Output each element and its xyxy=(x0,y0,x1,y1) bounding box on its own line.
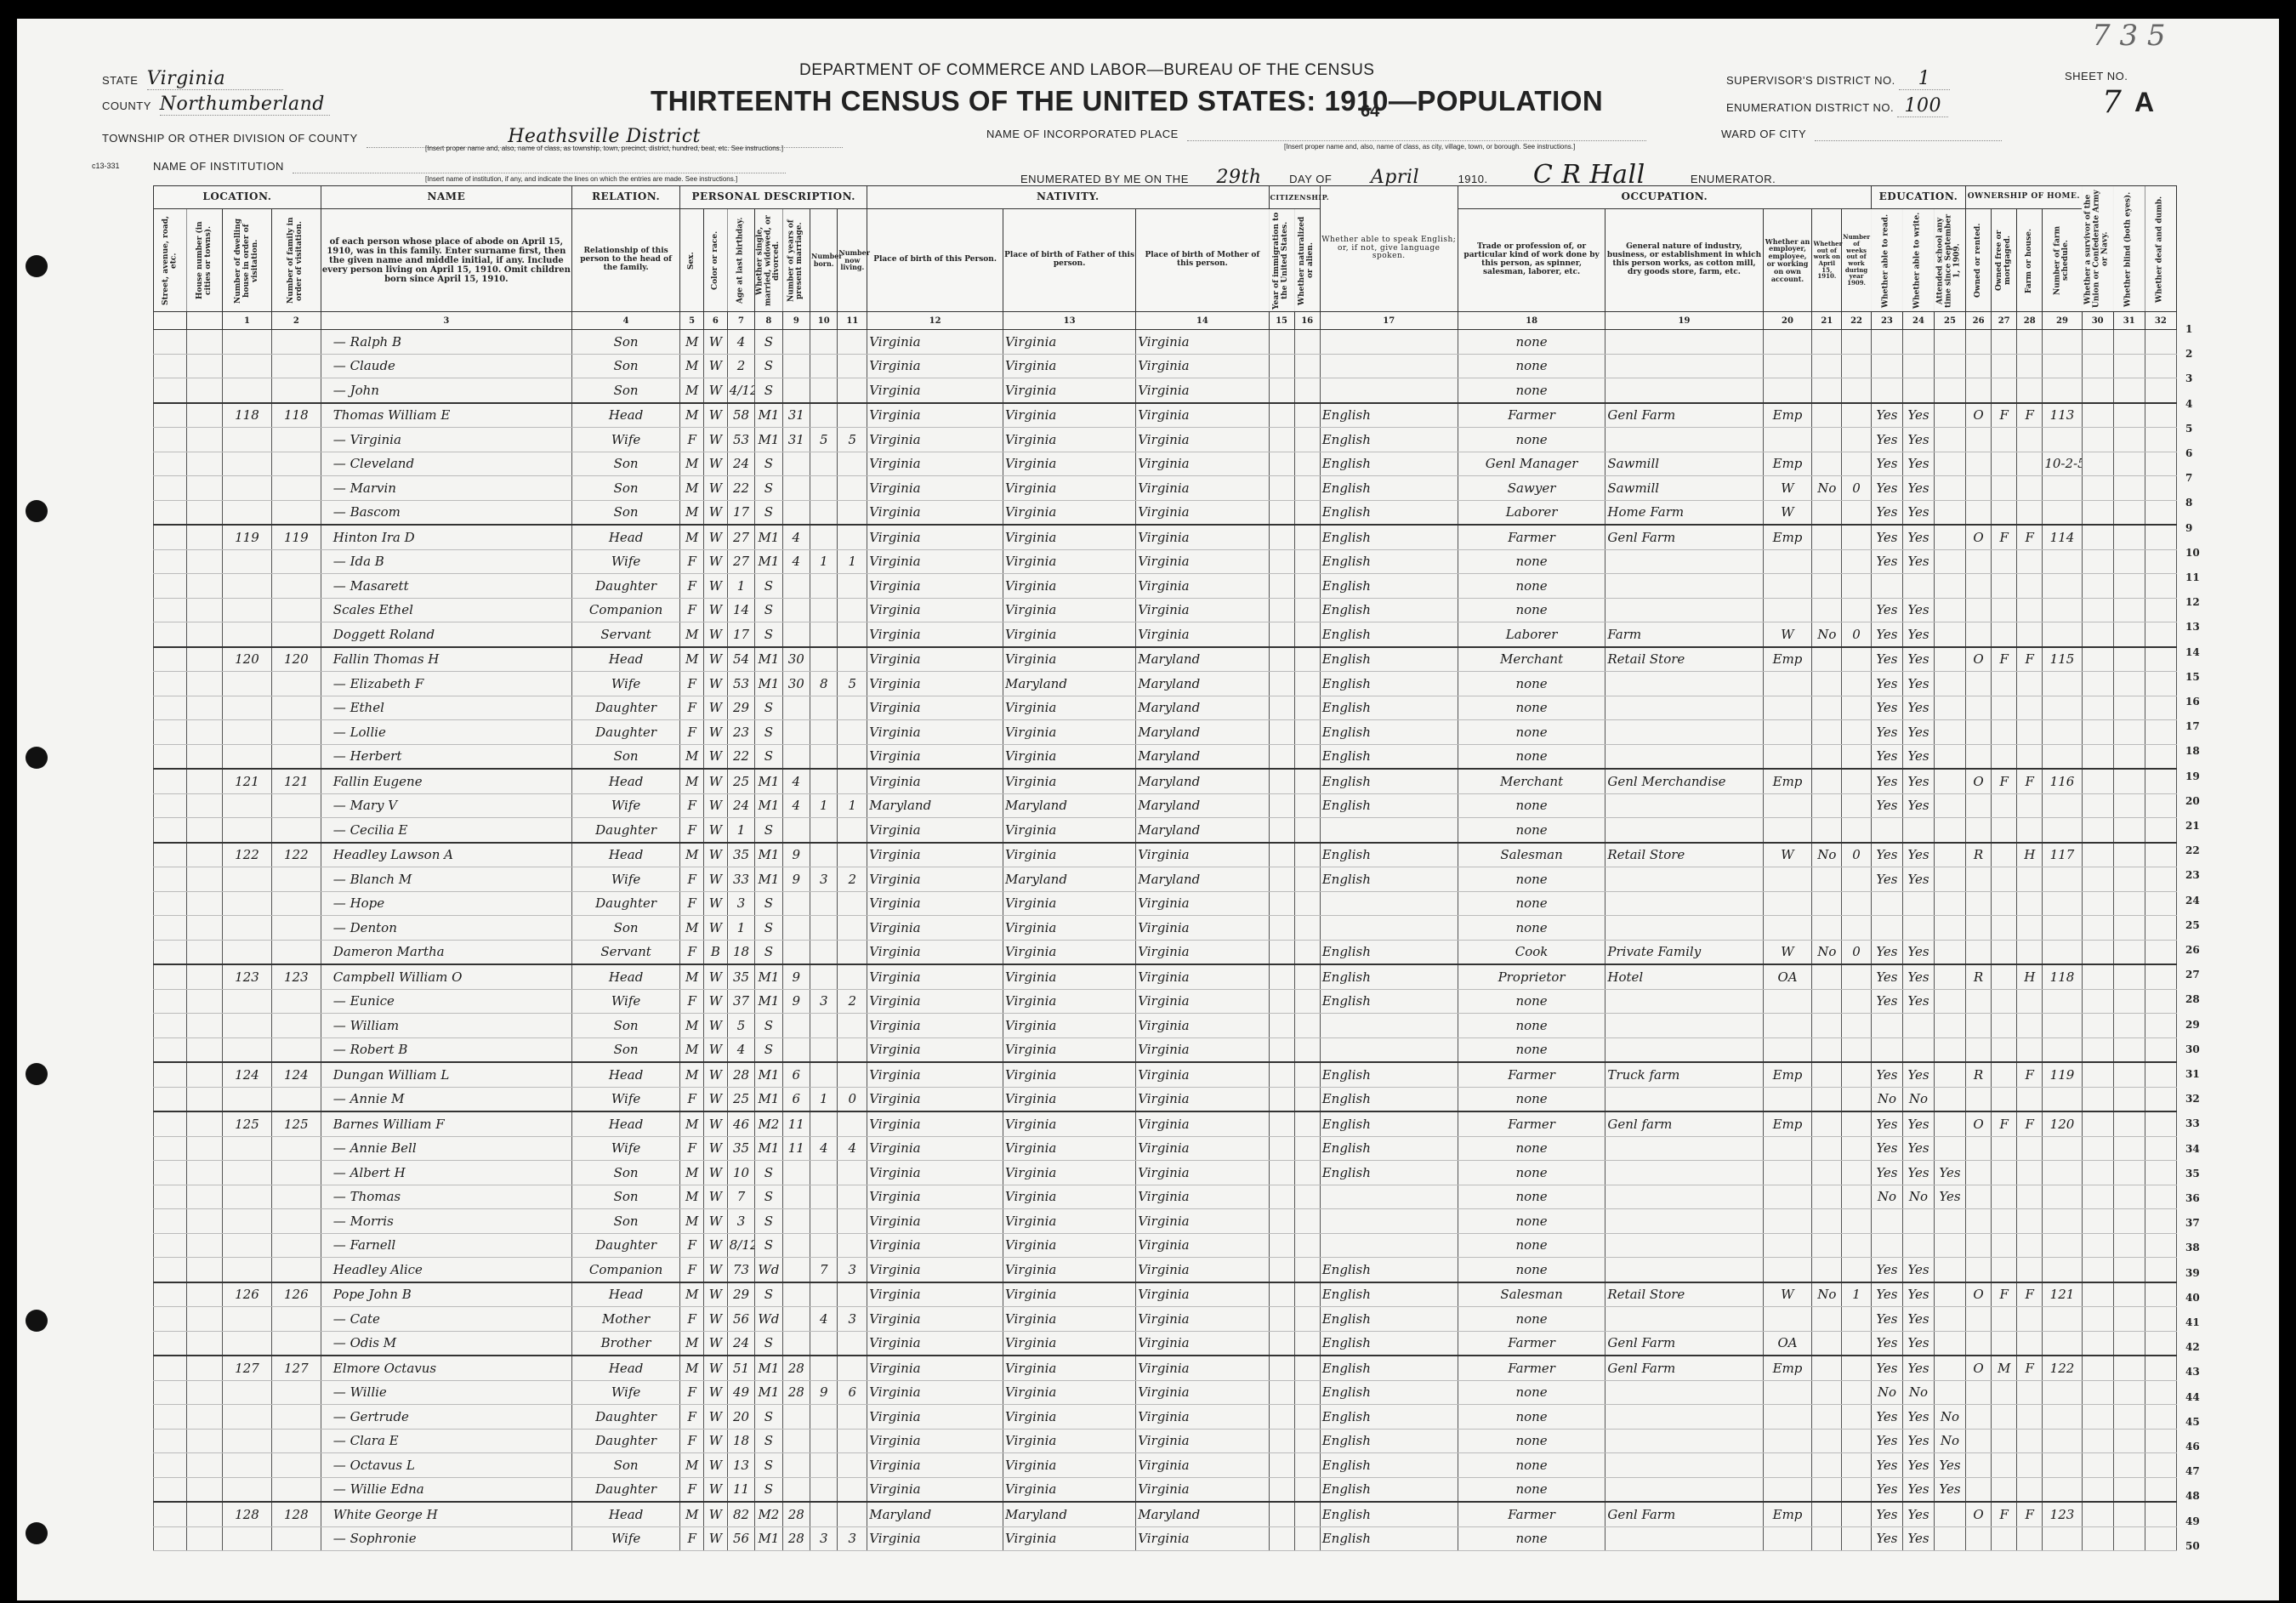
cell-sched: 117 xyxy=(2043,843,2082,867)
cell-age: 37 xyxy=(727,989,754,1014)
cell-empty xyxy=(2113,1477,2145,1502)
cell-trade: Farmer xyxy=(1458,1331,1605,1356)
cell-race: W xyxy=(704,1062,728,1087)
cell-empty xyxy=(154,1258,187,1282)
col-sex: Sex. xyxy=(680,209,704,312)
cell-empty xyxy=(154,403,187,428)
cell-sex: F xyxy=(680,1233,704,1258)
table-row: — Annie BellWifeFW35M11144VirginiaVirgin… xyxy=(154,1136,2177,1161)
line-number: 43 xyxy=(2185,1366,2200,1378)
cell-bpf: Virginia xyxy=(1003,1014,1135,1038)
cell-name: — William xyxy=(321,1014,571,1038)
cell-relation: Son xyxy=(571,1453,679,1478)
cell-bp: Virginia xyxy=(867,1014,1003,1038)
cell-emp xyxy=(1763,744,1812,769)
state-field: STATE Virginia xyxy=(102,68,283,90)
cell-write: Yes xyxy=(1902,1307,1934,1332)
cell-free xyxy=(1992,1161,2017,1185)
cell-empty xyxy=(2145,647,2176,672)
cell-write: Yes xyxy=(1902,769,1934,793)
cell-empty xyxy=(187,525,223,549)
cell-sex: M xyxy=(680,1185,704,1209)
col-children-born: Number born. xyxy=(810,209,838,312)
cell-wk: 0 xyxy=(1842,843,1872,867)
table-row: — GertrudeDaughterFW20SVirginiaVirginiaV… xyxy=(154,1405,2177,1430)
cell-born xyxy=(810,574,838,599)
cell-yrs: 30 xyxy=(782,647,810,672)
cell-born xyxy=(810,940,838,964)
cell-name: — Mary V xyxy=(321,793,571,818)
cell-emp xyxy=(1763,354,1812,378)
cell-empty xyxy=(154,769,187,793)
cell-ow xyxy=(1812,1380,1842,1405)
form-code: c13-331 xyxy=(92,162,120,170)
cell-bpm: Virginia xyxy=(1136,622,1269,647)
cell-bp: Virginia xyxy=(867,574,1003,599)
cell-race: W xyxy=(704,1258,728,1282)
cell-age: 29 xyxy=(727,1282,754,1307)
cell-family xyxy=(271,720,321,745)
cell-empty xyxy=(2113,1136,2145,1161)
cell-fh xyxy=(2017,1453,2043,1478)
cell-empty xyxy=(2082,818,2113,843)
cell-dwelling xyxy=(223,622,272,647)
cell-read: Yes xyxy=(1871,1258,1902,1282)
cell-school xyxy=(1934,672,1965,696)
cell-bpm: Virginia xyxy=(1136,1185,1269,1209)
cell-born xyxy=(810,1062,838,1087)
cell-read: Yes xyxy=(1871,647,1902,672)
cell-empty xyxy=(1294,1356,1320,1380)
cell-school: Yes xyxy=(1934,1185,1965,1209)
cell-school xyxy=(1934,989,1965,1014)
cell-free xyxy=(1992,891,2017,916)
cell-empty xyxy=(187,1111,223,1136)
cell-empty xyxy=(1294,574,1320,599)
cell-yrs xyxy=(782,1405,810,1430)
cell-trade: none xyxy=(1458,1136,1605,1161)
cell-empty xyxy=(2113,1405,2145,1430)
cell-bpm: Maryland xyxy=(1136,672,1269,696)
column-number: 11 xyxy=(838,312,867,330)
cell-relation: Daughter xyxy=(571,1405,679,1430)
cell-bpf: Virginia xyxy=(1003,354,1135,378)
cell-read: Yes xyxy=(1871,1502,1902,1526)
cell-marital: S xyxy=(755,1014,782,1038)
cell-sex: F xyxy=(680,1477,704,1502)
cell-read: Yes xyxy=(1871,867,1902,892)
cell-empty xyxy=(2145,1037,2176,1062)
cell-industry: Sawmill xyxy=(1605,476,1763,501)
cell-empty xyxy=(154,1429,187,1453)
cell-ow xyxy=(1812,793,1842,818)
cell-write xyxy=(1902,378,1934,403)
cell-empty xyxy=(1294,867,1320,892)
cell-sex: M xyxy=(680,1111,704,1136)
cell-bpm: Virginia xyxy=(1136,1209,1269,1234)
cell-empty xyxy=(187,1477,223,1502)
line-number: 26 xyxy=(2185,944,2200,956)
cell-own xyxy=(1966,1258,1992,1282)
cell-empty xyxy=(154,1405,187,1430)
cell-school xyxy=(1934,1062,1965,1087)
cell-empty xyxy=(2113,354,2145,378)
cell-write: Yes xyxy=(1902,1526,1934,1551)
cell-relation: Wife xyxy=(571,867,679,892)
cell-bp: Virginia xyxy=(867,1062,1003,1087)
cell-bpf: Virginia xyxy=(1003,916,1135,941)
line-number: 9 xyxy=(2185,522,2192,534)
cell-empty xyxy=(1269,1185,1294,1209)
cell-yrs: 4 xyxy=(782,525,810,549)
cell-free xyxy=(1992,1185,2017,1209)
cell-school xyxy=(1934,1282,1965,1307)
cell-sex: M xyxy=(680,1453,704,1478)
cell-born xyxy=(810,1429,838,1453)
cell-born xyxy=(810,916,838,941)
cell-school xyxy=(1934,1356,1965,1380)
column-number: 7 xyxy=(727,312,754,330)
cell-empty xyxy=(2145,989,2176,1014)
cell-emp xyxy=(1763,428,1812,452)
cell-fh: F xyxy=(2017,1062,2043,1087)
cell-wk xyxy=(1842,1453,1872,1478)
line-number: 32 xyxy=(2185,1093,2200,1105)
cell-wk xyxy=(1842,452,1872,476)
cell-age: 1 xyxy=(727,574,754,599)
cell-bp: Virginia xyxy=(867,1209,1003,1234)
cell-empty xyxy=(1269,1111,1294,1136)
cell-empty xyxy=(187,1136,223,1161)
cell-empty xyxy=(2145,1161,2176,1185)
column-number: 4 xyxy=(571,312,679,330)
cell-emp xyxy=(1763,1405,1812,1430)
cell-ow xyxy=(1812,867,1842,892)
cell-dwelling: 126 xyxy=(223,1282,272,1307)
cell-race: W xyxy=(704,1087,728,1111)
cell-school xyxy=(1934,1526,1965,1551)
cell-trade: none xyxy=(1458,1429,1605,1453)
cell-empty xyxy=(2113,428,2145,452)
line-number: 40 xyxy=(2185,1292,2200,1304)
line-number: 42 xyxy=(2185,1341,2200,1353)
punch-hole-icon xyxy=(26,747,48,769)
cell-bp: Virginia xyxy=(867,843,1003,867)
cell-bpf: Virginia xyxy=(1003,1136,1135,1161)
cell-age: 1 xyxy=(727,818,754,843)
cell-lang: English xyxy=(1320,1477,1458,1502)
cell-ow: No xyxy=(1812,622,1842,647)
cell-marital: S xyxy=(755,1037,782,1062)
cell-bpf: Virginia xyxy=(1003,843,1135,867)
cell-ow xyxy=(1812,500,1842,525)
cell-empty xyxy=(2113,744,2145,769)
cell-empty xyxy=(2082,574,2113,599)
cell-living xyxy=(838,1209,867,1234)
cell-empty xyxy=(2113,1282,2145,1307)
cell-bpm: Virginia xyxy=(1136,1307,1269,1332)
cell-empty xyxy=(1294,793,1320,818)
cell-dwelling xyxy=(223,1014,272,1038)
cell-empty xyxy=(2145,1380,2176,1405)
cell-bpf: Virginia xyxy=(1003,476,1135,501)
cell-age: 7 xyxy=(727,1185,754,1209)
cell-race: W xyxy=(704,622,728,647)
cell-wk xyxy=(1842,354,1872,378)
cell-fh: F xyxy=(2017,403,2043,428)
cell-fh: H xyxy=(2017,964,2043,989)
cell-empty xyxy=(2145,574,2176,599)
cell-lang: English xyxy=(1320,1062,1458,1087)
cell-wk xyxy=(1842,1405,1872,1430)
cell-school xyxy=(1934,1209,1965,1234)
line-number: 3 xyxy=(2185,372,2192,384)
cell-read: Yes xyxy=(1871,744,1902,769)
enumeration-district-field: ENUMERATION DISTRICT NO. 100 xyxy=(1726,95,1948,117)
cell-empty xyxy=(2113,769,2145,793)
cell-born xyxy=(810,476,838,501)
cell-trade: none xyxy=(1458,1185,1605,1209)
cell-bpf: Virginia xyxy=(1003,989,1135,1014)
cell-dwelling xyxy=(223,818,272,843)
cell-empty xyxy=(1269,1307,1294,1332)
cell-born xyxy=(810,525,838,549)
cell-industry xyxy=(1605,1161,1763,1185)
cell-fh xyxy=(2017,1526,2043,1551)
cell-born xyxy=(810,818,838,843)
cell-wk xyxy=(1842,1258,1872,1282)
cell-race: W xyxy=(704,1111,728,1136)
cell-living xyxy=(838,1185,867,1209)
cell-free: F xyxy=(1992,1502,2017,1526)
cell-free xyxy=(1992,378,2017,403)
cell-yrs xyxy=(782,1037,810,1062)
cell-empty xyxy=(187,793,223,818)
cell-bpm: Maryland xyxy=(1136,793,1269,818)
table-row: — Mary VWifeFW24M1411MarylandMarylandMar… xyxy=(154,793,2177,818)
group-name: NAME xyxy=(321,186,571,209)
cell-read xyxy=(1871,1233,1902,1258)
cell-family xyxy=(271,867,321,892)
cell-empty xyxy=(154,622,187,647)
cell-own xyxy=(1966,940,1992,964)
cell-empty xyxy=(2113,891,2145,916)
cell-trade: none xyxy=(1458,1087,1605,1111)
cell-lang: English xyxy=(1320,1405,1458,1430)
census-rows: — Ralph BSonMW4SVirginiaVirginiaVirginia… xyxy=(154,330,2177,1551)
cell-living xyxy=(838,330,867,355)
cell-wk xyxy=(1842,1111,1872,1136)
cell-emp: Emp xyxy=(1763,403,1812,428)
cell-family xyxy=(271,672,321,696)
col-dwelling: Number of dwelling house in order of vis… xyxy=(223,209,272,312)
cell-empty xyxy=(1269,1526,1294,1551)
cell-empty xyxy=(2145,1136,2176,1161)
cell-empty xyxy=(154,525,187,549)
cell-own xyxy=(1966,330,1992,355)
cell-marital: S xyxy=(755,1429,782,1453)
cell-industry xyxy=(1605,696,1763,720)
cell-bp: Virginia xyxy=(867,1111,1003,1136)
cell-empty xyxy=(1294,1331,1320,1356)
cell-empty xyxy=(187,818,223,843)
cell-write: Yes xyxy=(1902,940,1934,964)
cell-marital: S xyxy=(755,916,782,941)
institution-note: [Insert name of institution, if any, and… xyxy=(425,175,737,183)
cell-born xyxy=(810,964,838,989)
cell-relation: Son xyxy=(571,378,679,403)
cell-sex: M xyxy=(680,1502,704,1526)
cell-relation: Daughter xyxy=(571,1477,679,1502)
cell-marital: S xyxy=(755,1405,782,1430)
cell-race: W xyxy=(704,964,728,989)
cell-ow: No xyxy=(1812,940,1842,964)
cell-empty xyxy=(2113,1087,2145,1111)
cell-write xyxy=(1902,891,1934,916)
cell-empty xyxy=(2082,940,2113,964)
cell-empty xyxy=(187,843,223,867)
cell-living xyxy=(838,1477,867,1502)
cell-own: R xyxy=(1966,964,1992,989)
cell-bpf: Virginia xyxy=(1003,940,1135,964)
cell-family xyxy=(271,1014,321,1038)
cell-fh xyxy=(2017,744,2043,769)
cell-empty xyxy=(2082,1037,2113,1062)
cell-living xyxy=(838,818,867,843)
cell-name: — Octavus L xyxy=(321,1453,571,1478)
cell-empty xyxy=(187,867,223,892)
cell-wk xyxy=(1842,330,1872,355)
cell-empty xyxy=(2082,1258,2113,1282)
cell-empty xyxy=(187,891,223,916)
cell-empty xyxy=(1294,500,1320,525)
cell-age: 27 xyxy=(727,525,754,549)
cell-empty xyxy=(187,720,223,745)
cell-name: Dungan William L xyxy=(321,1062,571,1087)
cell-marital: S xyxy=(755,574,782,599)
cell-fh xyxy=(2017,622,2043,647)
cell-born xyxy=(810,1453,838,1478)
cell-family xyxy=(271,1453,321,1478)
cell-school xyxy=(1934,1014,1965,1038)
cell-marital: M2 xyxy=(755,1502,782,1526)
cell-industry xyxy=(1605,1453,1763,1478)
col-naturalized: Whether naturalized or alien. xyxy=(1294,209,1320,312)
cell-dwelling: 124 xyxy=(223,1062,272,1087)
cell-emp xyxy=(1763,330,1812,355)
cell-empty xyxy=(1269,574,1294,599)
cell-age: 8/12 xyxy=(727,1233,754,1258)
cell-name: — Lollie xyxy=(321,720,571,745)
cell-bp: Virginia xyxy=(867,1429,1003,1453)
state-value: Virginia xyxy=(147,68,283,90)
cell-sched: 122 xyxy=(2043,1356,2082,1380)
cell-empty xyxy=(154,378,187,403)
cell-read: Yes xyxy=(1871,672,1902,696)
cell-free xyxy=(1992,1429,2017,1453)
cell-bp: Virginia xyxy=(867,744,1003,769)
cell-free xyxy=(1992,989,2017,1014)
cell-empty xyxy=(1269,1477,1294,1502)
table-row: 126126Pope John BHeadMW29SVirginiaVirgin… xyxy=(154,1282,2177,1307)
cell-emp xyxy=(1763,549,1812,574)
cell-dwelling xyxy=(223,354,272,378)
cell-dwelling xyxy=(223,744,272,769)
cell-sched: 113 xyxy=(2043,403,2082,428)
cell-lang: English xyxy=(1320,452,1458,476)
cell-born xyxy=(810,1014,838,1038)
col-deaf: Whether deaf and dumb. xyxy=(2145,186,2176,312)
cell-relation: Servant xyxy=(571,940,679,964)
cell-born xyxy=(810,1111,838,1136)
cell-fh: F xyxy=(2017,647,2043,672)
cell-relation: Head xyxy=(571,1356,679,1380)
cell-fh: F xyxy=(2017,1111,2043,1136)
cell-write: Yes xyxy=(1902,1405,1934,1430)
cell-fh xyxy=(2017,916,2043,941)
cell-marital: M1 xyxy=(755,989,782,1014)
column-number: 14 xyxy=(1136,312,1269,330)
cell-write xyxy=(1902,818,1934,843)
cell-empty xyxy=(187,1429,223,1453)
cell-bpm: Virginia xyxy=(1136,1380,1269,1405)
cell-industry xyxy=(1605,1405,1763,1430)
cell-lang: English xyxy=(1320,403,1458,428)
cell-own: R xyxy=(1966,1062,1992,1087)
table-row: 124124Dungan William LHeadMW28M16Virgini… xyxy=(154,1062,2177,1087)
cell-sex: M xyxy=(680,378,704,403)
cell-born xyxy=(810,452,838,476)
cell-wk xyxy=(1842,891,1872,916)
cell-empty xyxy=(1269,793,1294,818)
cell-write xyxy=(1902,1233,1934,1258)
cell-sex: F xyxy=(680,598,704,622)
cell-bpf: Virginia xyxy=(1003,378,1135,403)
cell-empty xyxy=(2082,1185,2113,1209)
cell-ow xyxy=(1812,1356,1842,1380)
cell-living xyxy=(838,916,867,941)
cell-school xyxy=(1934,744,1965,769)
table-row: — Ralph BSonMW4SVirginiaVirginiaVirginia… xyxy=(154,330,2177,355)
cell-own xyxy=(1966,1037,1992,1062)
cell-dwelling xyxy=(223,891,272,916)
cell-bpf: Virginia xyxy=(1003,549,1135,574)
table-row: 120120Fallin Thomas HHeadMW54M130Virgini… xyxy=(154,647,2177,672)
cell-industry: Genl Farm xyxy=(1605,1502,1763,1526)
cell-read: Yes xyxy=(1871,793,1902,818)
cell-fh xyxy=(2017,720,2043,745)
cell-sex: F xyxy=(680,574,704,599)
cell-race: W xyxy=(704,378,728,403)
cell-empty xyxy=(1294,452,1320,476)
cell-empty xyxy=(187,1087,223,1111)
cell-bpm: Virginia xyxy=(1136,1136,1269,1161)
cell-free xyxy=(1992,1453,2017,1478)
cell-empty xyxy=(1269,769,1294,793)
cell-age: 24 xyxy=(727,793,754,818)
cell-bp: Virginia xyxy=(867,891,1003,916)
cell-empty xyxy=(2113,1380,2145,1405)
cell-name: Headley Lawson A xyxy=(321,843,571,867)
cell-empty xyxy=(154,696,187,720)
cell-ow xyxy=(1812,1477,1842,1502)
cell-wk xyxy=(1842,378,1872,403)
cell-empty xyxy=(1294,378,1320,403)
cell-wk xyxy=(1842,964,1872,989)
cell-empty xyxy=(2082,1477,2113,1502)
cell-industry: Genl Farm xyxy=(1605,1356,1763,1380)
cell-free xyxy=(1992,1307,2017,1332)
